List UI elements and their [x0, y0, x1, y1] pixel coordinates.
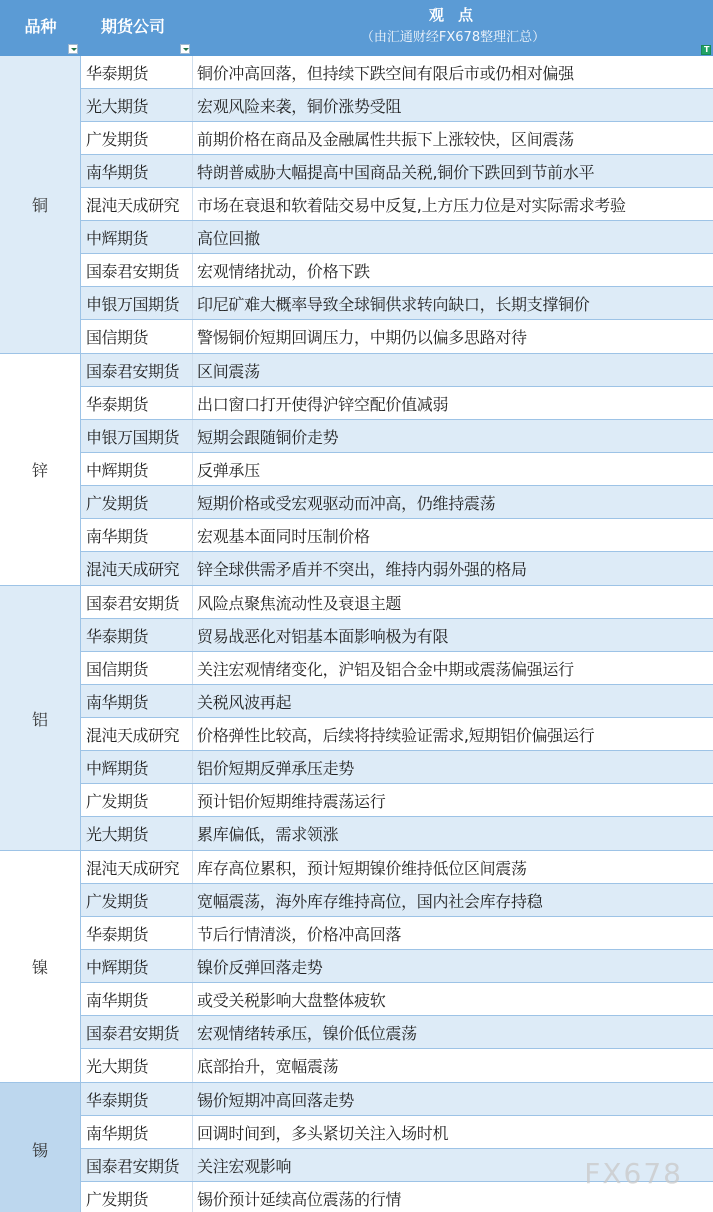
view-cell: 印尼矿难大概率导致全球铜供求转向缺口，长期支撑铜价	[193, 292, 713, 315]
view-cell: 宏观情绪转承压，镍价低位震荡	[193, 1021, 713, 1044]
company-cell: 华泰期货	[81, 917, 193, 949]
header-variety-label: 品种	[24, 17, 56, 36]
table-row: 中辉期货反弹承压	[81, 453, 713, 486]
table-row: 南华期货或受关税影响大盘整体疲软	[81, 983, 713, 1016]
company-cell: 混沌天成研究	[81, 552, 193, 585]
table-row: 国信期货关注宏观情绪变化，沪铝及铝合金中期或震荡偏强运行	[81, 652, 713, 685]
table-row: 广发期货宽幅震荡，海外库存维持高位，国内社会库存持稳	[81, 884, 713, 917]
view-cell: 库存高位累积，预计短期镍价维持低位区间震荡	[193, 856, 713, 879]
table-row: 国泰君安期货区间震荡	[81, 354, 713, 387]
table-row: 中辉期货镍价反弹回落走势	[81, 950, 713, 983]
company-cell: 申银万国期货	[81, 287, 193, 319]
view-cell: 节后行情清淡，价格冲高回落	[193, 922, 713, 945]
company-cell: 国泰君安期货	[81, 1016, 193, 1048]
table-row: 申银万国期货短期会跟随铜价走势	[81, 420, 713, 453]
table-row: 国泰君安期货宏观情绪扰动，价格下跌	[81, 254, 713, 287]
company-cell: 南华期货	[81, 1116, 193, 1148]
view-cell: 前期价格在商品及金融属性共振下上涨较快，区间震荡	[193, 127, 713, 150]
variety-cell: 铜	[0, 56, 81, 353]
company-cell: 广发期货	[81, 122, 193, 154]
header-company-label: 期货公司	[101, 17, 165, 36]
view-cell: 锡价预计延续高位震荡的行情	[193, 1187, 713, 1210]
view-cell: 短期会跟随铜价走势	[193, 425, 713, 448]
header-variety: 品种	[0, 0, 81, 56]
company-cell: 国泰君安期货	[81, 1149, 193, 1181]
table-row: 华泰期货出口窗口打开使得沪锌空配价值减弱	[81, 387, 713, 420]
table-row: 国泰君安期货宏观情绪转承压，镍价低位震荡	[81, 1016, 713, 1049]
table-row: 南华期货关税风波再起	[81, 685, 713, 718]
table-row: 华泰期货贸易战恶化对铝基本面影响极为有限	[81, 619, 713, 652]
table-row: 华泰期货铜价冲高回落，但持续下跌空间有限后市或仍相对偏强	[81, 56, 713, 89]
view-cell: 风险点聚焦流动性及衰退主题	[193, 591, 713, 614]
company-cell: 中辉期货	[81, 950, 193, 982]
table-row: 国信期货警惕铜价短期回调压力，中期仍以偏多思路对待	[81, 320, 713, 353]
view-cell: 关注宏观情绪变化，沪铝及铝合金中期或震荡偏强运行	[193, 657, 713, 680]
table-row: 混沌天成研究价格弹性比较高，后续将持续验证需求,短期铝价偏强运行	[81, 718, 713, 751]
table-row: 南华期货回调时间到，多头紧切关注入场时机	[81, 1116, 713, 1149]
table-row: 广发期货预计铝价短期维持震荡运行	[81, 784, 713, 817]
company-cell: 华泰期货	[81, 1083, 193, 1115]
company-cell: 混沌天成研究	[81, 851, 193, 883]
company-cell: 光大期货	[81, 1049, 193, 1082]
filter-active-icon[interactable]	[701, 45, 711, 55]
table-row: 南华期货特朗普威胁大幅提高中国商品关税,铜价下跌回到节前水平	[81, 155, 713, 188]
table-row: 广发期货短期价格或受宏观驱动而冲高，仍维持震荡	[81, 486, 713, 519]
table-header: 品种 期货公司 观点 （由汇通财经FX678整理汇总）	[0, 0, 713, 56]
company-cell: 广发期货	[81, 486, 193, 518]
company-cell: 光大期货	[81, 817, 193, 850]
view-cell: 回调时间到，多头紧切关注入场时机	[193, 1121, 713, 1144]
view-cell: 预计铝价短期维持震荡运行	[193, 789, 713, 812]
company-cell: 华泰期货	[81, 56, 193, 88]
filter-dropdown-icon[interactable]	[68, 44, 78, 54]
table-body: 铜华泰期货铜价冲高回落，但持续下跌空间有限后市或仍相对偏强光大期货宏观风险来袭，…	[0, 56, 713, 1212]
table-row: 广发期货前期价格在商品及金融属性共振下上涨较快，区间震荡	[81, 122, 713, 155]
table-row: 申银万国期货印尼矿难大概率导致全球铜供求转向缺口，长期支撑铜价	[81, 287, 713, 320]
company-cell: 广发期货	[81, 884, 193, 916]
company-cell: 中辉期货	[81, 751, 193, 783]
variety-cell: 锌	[0, 354, 81, 585]
table-row: 南华期货宏观基本面同时压制价格	[81, 519, 713, 552]
view-cell: 宏观基本面同时压制价格	[193, 524, 713, 547]
company-cell: 南华期货	[81, 983, 193, 1015]
table-row: 中辉期货高位回撤	[81, 221, 713, 254]
table-row: 中辉期货铝价短期反弹承压走势	[81, 751, 713, 784]
view-cell: 市场在衰退和软着陆交易中反复,上方压力位是对实际需求考验	[193, 193, 713, 216]
table-row: 混沌天成研究库存高位累积，预计短期镍价维持低位区间震荡	[81, 851, 713, 884]
variety-cell: 锡	[0, 1083, 81, 1212]
table-row: 华泰期货节后行情清淡，价格冲高回落	[81, 917, 713, 950]
company-cell: 南华期货	[81, 519, 193, 551]
view-cell: 宽幅震荡，海外库存维持高位，国内社会库存持稳	[193, 889, 713, 912]
view-cell: 反弹承压	[193, 458, 713, 481]
company-cell: 混沌天成研究	[81, 718, 193, 750]
view-cell: 贸易战恶化对铝基本面影响极为有限	[193, 624, 713, 647]
header-company: 期货公司	[81, 0, 193, 56]
company-cell: 南华期货	[81, 685, 193, 717]
view-cell: 或受关税影响大盘整体疲软	[193, 988, 713, 1011]
variety-group: 锡华泰期货锡价短期冲高回落走势南华期货回调时间到，多头紧切关注入场时机国泰君安期…	[0, 1083, 713, 1212]
view-cell: 铜价冲高回落，但持续下跌空间有限后市或仍相对偏强	[193, 61, 713, 84]
company-cell: 广发期货	[81, 784, 193, 816]
company-cell: 华泰期货	[81, 387, 193, 419]
table-row: 国泰君安期货风险点聚焦流动性及衰退主题	[81, 586, 713, 619]
view-cell: 底部抬升，宽幅震荡	[193, 1054, 713, 1077]
company-cell: 中辉期货	[81, 221, 193, 253]
view-cell: 关税风波再起	[193, 690, 713, 713]
company-cell: 国泰君安期货	[81, 254, 193, 286]
header-view-subtitle: （由汇通财经FX678整理汇总）	[193, 26, 713, 45]
company-cell: 华泰期货	[81, 619, 193, 651]
header-view: 观点 （由汇通财经FX678整理汇总）	[193, 0, 713, 56]
variety-group: 镍混沌天成研究库存高位累积，预计短期镍价维持低位区间震荡广发期货宽幅震荡，海外库…	[0, 851, 713, 1083]
variety-cell: 镍	[0, 851, 81, 1082]
view-cell: 累库偏低，需求领涨	[193, 822, 713, 845]
view-cell: 价格弹性比较高，后续将持续验证需求,短期铝价偏强运行	[193, 723, 713, 746]
view-cell: 铝价短期反弹承压走势	[193, 756, 713, 779]
variety-cell: 铝	[0, 586, 81, 850]
company-cell: 中辉期货	[81, 453, 193, 485]
table-row: 光大期货累库偏低，需求领涨	[81, 817, 713, 850]
header-view-title: 观点	[193, 0, 713, 25]
view-cell: 高位回撤	[193, 226, 713, 249]
variety-group: 锌国泰君安期货区间震荡华泰期货出口窗口打开使得沪锌空配价值减弱申银万国期货短期会…	[0, 354, 713, 586]
company-cell: 申银万国期货	[81, 420, 193, 452]
view-cell: 特朗普威胁大幅提高中国商品关税,铜价下跌回到节前水平	[193, 160, 713, 183]
futures-views-table: 品种 期货公司 观点 （由汇通财经FX678整理汇总） 铜华泰期货铜价冲高回落，…	[0, 0, 713, 1212]
table-row: 混沌天成研究锌全球供需矛盾并不突出，维持内弱外强的格局	[81, 552, 713, 585]
table-row: 混沌天成研究市场在衰退和软着陆交易中反复,上方压力位是对实际需求考验	[81, 188, 713, 221]
table-row: 光大期货宏观风险来袭，铜价涨势受阻	[81, 89, 713, 122]
company-cell: 广发期货	[81, 1182, 193, 1212]
company-cell: 国信期货	[81, 320, 193, 353]
view-cell: 区间震荡	[193, 359, 713, 382]
company-cell: 国泰君安期货	[81, 586, 193, 618]
view-cell: 短期价格或受宏观驱动而冲高，仍维持震荡	[193, 491, 713, 514]
table-row: 光大期货底部抬升，宽幅震荡	[81, 1049, 713, 1082]
table-row: 华泰期货锡价短期冲高回落走势	[81, 1083, 713, 1116]
view-cell: 锌全球供需矛盾并不突出，维持内弱外强的格局	[193, 557, 713, 580]
view-cell: 锡价短期冲高回落走势	[193, 1088, 713, 1111]
company-cell: 国泰君安期货	[81, 354, 193, 386]
company-cell: 光大期货	[81, 89, 193, 121]
view-cell: 警惕铜价短期回调压力，中期仍以偏多思路对待	[193, 325, 713, 348]
variety-group: 铜华泰期货铜价冲高回落，但持续下跌空间有限后市或仍相对偏强光大期货宏观风险来袭，…	[0, 56, 713, 354]
view-cell: 镍价反弹回落走势	[193, 955, 713, 978]
company-cell: 混沌天成研究	[81, 188, 193, 220]
watermark: FX678	[584, 1157, 683, 1190]
variety-group: 铝国泰君安期货风险点聚焦流动性及衰退主题华泰期货贸易战恶化对铝基本面影响极为有限…	[0, 586, 713, 851]
view-cell: 宏观情绪扰动，价格下跌	[193, 259, 713, 282]
filter-dropdown-icon[interactable]	[180, 44, 190, 54]
view-cell: 宏观风险来袭，铜价涨势受阻	[193, 94, 713, 117]
view-cell: 出口窗口打开使得沪锌空配价值减弱	[193, 392, 713, 415]
company-cell: 南华期货	[81, 155, 193, 187]
company-cell: 国信期货	[81, 652, 193, 684]
